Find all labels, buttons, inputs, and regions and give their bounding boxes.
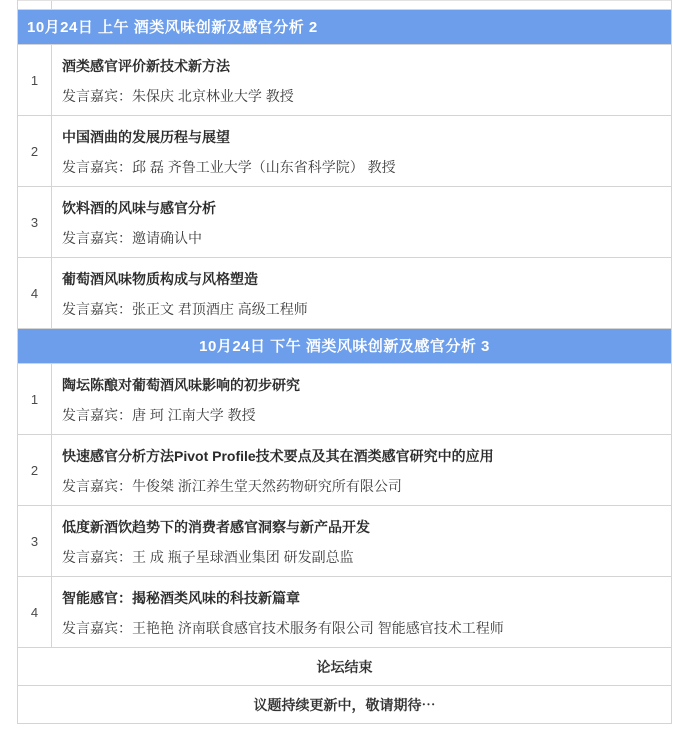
session-title: 低度新酒饮趋势下的消费者感官洞察与新产品开发: [62, 519, 661, 535]
session-title: 陶坛陈酿对葡萄酒风味影响的初步研究: [62, 377, 661, 393]
session-row: 2 快速感官分析方法Pivot Profile技术要点及其在酒类感官研究中的应用…: [18, 435, 671, 506]
session-number: 3: [18, 187, 52, 257]
session-row: 1 酒类感官评价新技术新方法 发言嘉宾：朱保庆 北京林业大学 教授: [18, 45, 671, 116]
session-title: 快速感官分析方法Pivot Profile技术要点及其在酒类感官研究中的应用: [62, 448, 661, 464]
session-content: 酒类感官评价新技术新方法 发言嘉宾：朱保庆 北京林业大学 教授: [52, 45, 671, 115]
session-speaker: 发言嘉宾：唐 珂 江南大学 教授: [62, 407, 661, 423]
session-number: 2: [18, 116, 52, 186]
partial-number-cell: [18, 1, 52, 9]
session-title: 葡萄酒风味物质构成与风格塑造: [62, 271, 661, 287]
session-speaker: 发言嘉宾：邱 磊 齐鲁工业大学（山东省科学院） 教授: [62, 159, 661, 175]
session-speaker: 发言嘉宾：邀请确认中: [62, 230, 661, 246]
session-speaker: 发言嘉宾：王 成 瓶子星球酒业集团 研发副总监: [62, 549, 661, 565]
session-speaker: 发言嘉宾：王艳艳 济南联食感官技术服务有限公司 智能感官技术工程师: [62, 620, 661, 636]
session-content: 葡萄酒风味物质构成与风格塑造 发言嘉宾：张正文 君顶酒庄 高级工程师: [52, 258, 671, 328]
session-speaker: 发言嘉宾：牛俊桀 浙江养生堂天然药物研究所有限公司: [62, 478, 661, 494]
session-number: 1: [18, 45, 52, 115]
session-row: 2 中国酒曲的发展历程与展望 发言嘉宾：邱 磊 齐鲁工业大学（山东省科学院） 教…: [18, 116, 671, 187]
session-title: 智能感官：揭秘酒类风味的科技新篇章: [62, 590, 661, 606]
session-content: 低度新酒饮趋势下的消费者感官洞察与新产品开发 发言嘉宾：王 成 瓶子星球酒业集团…: [52, 506, 671, 576]
conference-agenda-table: 10月24日 上午 酒类风味创新及感官分析 2 1 酒类感官评价新技术新方法 发…: [17, 0, 672, 724]
session-row: 1 陶坛陈酿对葡萄酒风味影响的初步研究 发言嘉宾：唐 珂 江南大学 教授: [18, 364, 671, 435]
session-row: 3 饮料酒的风味与感官分析 发言嘉宾：邀请确认中: [18, 187, 671, 258]
session-row: 3 低度新酒饮趋势下的消费者感官洞察与新产品开发 发言嘉宾：王 成 瓶子星球酒业…: [18, 506, 671, 577]
session-content: 陶坛陈酿对葡萄酒风味影响的初步研究 发言嘉宾：唐 珂 江南大学 教授: [52, 364, 671, 434]
session-number: 3: [18, 506, 52, 576]
partial-content-cell: [52, 1, 671, 9]
session-title: 酒类感官评价新技术新方法: [62, 58, 661, 74]
session-speaker: 发言嘉宾：张正文 君顶酒庄 高级工程师: [62, 301, 661, 317]
session-number: 2: [18, 435, 52, 505]
session-content: 智能感官：揭秘酒类风味的科技新篇章 发言嘉宾：王艳艳 济南联食感官技术服务有限公…: [52, 577, 671, 647]
table-top-partial-row: [18, 0, 671, 10]
session-content: 中国酒曲的发展历程与展望 发言嘉宾：邱 磊 齐鲁工业大学（山东省科学院） 教授: [52, 116, 671, 186]
session-header-afternoon: 10月24日 下午 酒类风味创新及感官分析 3: [18, 329, 671, 364]
session-title: 中国酒曲的发展历程与展望: [62, 129, 661, 145]
session-header-morning: 10月24日 上午 酒类风味创新及感官分析 2: [18, 10, 671, 45]
session-row: 4 智能感官：揭秘酒类风味的科技新篇章 发言嘉宾：王艳艳 济南联食感官技术服务有…: [18, 577, 671, 648]
session-content: 饮料酒的风味与感官分析 发言嘉宾：邀请确认中: [52, 187, 671, 257]
session-title: 饮料酒的风味与感官分析: [62, 200, 661, 216]
update-notice-row: 议题持续更新中，敬请期待⋯: [18, 686, 671, 724]
session-row: 4 葡萄酒风味物质构成与风格塑造 发言嘉宾：张正文 君顶酒庄 高级工程师: [18, 258, 671, 329]
session-number: 4: [18, 258, 52, 328]
forum-end-row: 论坛结束: [18, 648, 671, 686]
session-number: 4: [18, 577, 52, 647]
session-content: 快速感官分析方法Pivot Profile技术要点及其在酒类感官研究中的应用 发…: [52, 435, 671, 505]
session-speaker: 发言嘉宾：朱保庆 北京林业大学 教授: [62, 88, 661, 104]
session-number: 1: [18, 364, 52, 434]
